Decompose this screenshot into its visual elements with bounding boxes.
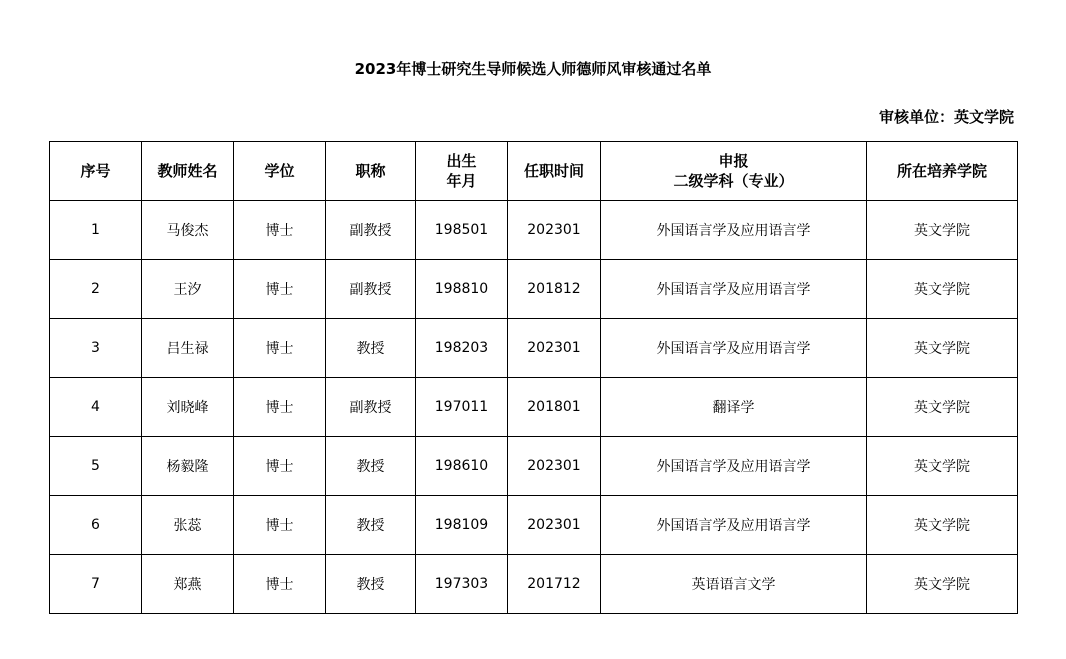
cell-discipline: 外国语言学及应用语言学 xyxy=(601,319,867,378)
cell-birth-date: 197011 xyxy=(416,378,508,437)
cell-appointment-date: 201712 xyxy=(508,555,601,614)
cell-teacher-name: 张蕊 xyxy=(142,496,234,555)
table-row: 3吕生禄博士教授198203202301外国语言学及应用语言学英文学院 xyxy=(50,319,1018,378)
cell-index: 1 xyxy=(50,201,142,260)
cell-index: 3 xyxy=(50,319,142,378)
cell-degree: 博士 xyxy=(234,496,326,555)
cell-index: 7 xyxy=(50,555,142,614)
cell-college: 英文学院 xyxy=(867,260,1018,319)
cell-discipline: 外国语言学及应用语言学 xyxy=(601,260,867,319)
cell-discipline: 翻译学 xyxy=(601,378,867,437)
cell-appointment-date: 201801 xyxy=(508,378,601,437)
cell-title: 副教授 xyxy=(326,201,416,260)
cell-title: 教授 xyxy=(326,496,416,555)
cell-birth-date: 197303 xyxy=(416,555,508,614)
table-row: 7郑燕博士教授197303201712英语语言文学英文学院 xyxy=(50,555,1018,614)
cell-college: 英文学院 xyxy=(867,319,1018,378)
cell-teacher-name: 吕生禄 xyxy=(142,319,234,378)
cell-title: 副教授 xyxy=(326,378,416,437)
candidate-table: 序号 教师姓名 学位 职称 出生年月 任职时间 申报二级学科（专业） 所在培养学… xyxy=(49,141,1018,614)
cell-appointment-date: 201812 xyxy=(508,260,601,319)
table-row: 6张蕊博士教授198109202301外国语言学及应用语言学英文学院 xyxy=(50,496,1018,555)
cell-appointment-date: 202301 xyxy=(508,319,601,378)
cell-degree: 博士 xyxy=(234,437,326,496)
cell-teacher-name: 郑燕 xyxy=(142,555,234,614)
table-header-row: 序号 教师姓名 学位 职称 出生年月 任职时间 申报二级学科（专业） 所在培养学… xyxy=(50,142,1018,201)
cell-college: 英文学院 xyxy=(867,555,1018,614)
header-birth-date: 出生年月 xyxy=(416,142,508,201)
cell-index: 5 xyxy=(50,437,142,496)
table-row: 5杨毅隆博士教授198610202301外国语言学及应用语言学英文学院 xyxy=(50,437,1018,496)
cell-birth-date: 198203 xyxy=(416,319,508,378)
header-index: 序号 xyxy=(50,142,142,201)
cell-teacher-name: 杨毅隆 xyxy=(142,437,234,496)
cell-college: 英文学院 xyxy=(867,201,1018,260)
cell-index: 2 xyxy=(50,260,142,319)
cell-teacher-name: 刘晓峰 xyxy=(142,378,234,437)
header-discipline: 申报二级学科（专业） xyxy=(601,142,867,201)
cell-birth-date: 198610 xyxy=(416,437,508,496)
header-appointment-date: 任职时间 xyxy=(508,142,601,201)
table-row: 2王汐博士副教授198810201812外国语言学及应用语言学英文学院 xyxy=(50,260,1018,319)
cell-birth-date: 198109 xyxy=(416,496,508,555)
cell-teacher-name: 马俊杰 xyxy=(142,201,234,260)
cell-discipline: 外国语言学及应用语言学 xyxy=(601,496,867,555)
cell-birth-date: 198810 xyxy=(416,260,508,319)
header-teacher-name: 教师姓名 xyxy=(142,142,234,201)
header-degree: 学位 xyxy=(234,142,326,201)
cell-discipline: 外国语言学及应用语言学 xyxy=(601,437,867,496)
cell-degree: 博士 xyxy=(234,260,326,319)
review-unit-label: 审核单位：英文学院 xyxy=(879,106,1014,127)
cell-discipline: 外国语言学及应用语言学 xyxy=(601,201,867,260)
cell-index: 4 xyxy=(50,378,142,437)
cell-degree: 博士 xyxy=(234,555,326,614)
cell-college: 英文学院 xyxy=(867,437,1018,496)
cell-appointment-date: 202301 xyxy=(508,496,601,555)
cell-title: 副教授 xyxy=(326,260,416,319)
document-title: 2023年博士研究生导师候选人师德师风审核通过名单 xyxy=(0,58,1066,79)
cell-title: 教授 xyxy=(326,319,416,378)
cell-appointment-date: 202301 xyxy=(508,201,601,260)
cell-index: 6 xyxy=(50,496,142,555)
cell-degree: 博士 xyxy=(234,378,326,437)
table-row: 1马俊杰博士副教授198501202301外国语言学及应用语言学英文学院 xyxy=(50,201,1018,260)
cell-discipline: 英语语言文学 xyxy=(601,555,867,614)
cell-degree: 博士 xyxy=(234,201,326,260)
cell-appointment-date: 202301 xyxy=(508,437,601,496)
cell-college: 英文学院 xyxy=(867,378,1018,437)
header-title: 职称 xyxy=(326,142,416,201)
cell-birth-date: 198501 xyxy=(416,201,508,260)
cell-degree: 博士 xyxy=(234,319,326,378)
cell-title: 教授 xyxy=(326,555,416,614)
cell-title: 教授 xyxy=(326,437,416,496)
table-row: 4刘晓峰博士副教授197011201801翻译学英文学院 xyxy=(50,378,1018,437)
cell-college: 英文学院 xyxy=(867,496,1018,555)
header-college: 所在培养学院 xyxy=(867,142,1018,201)
cell-teacher-name: 王汐 xyxy=(142,260,234,319)
